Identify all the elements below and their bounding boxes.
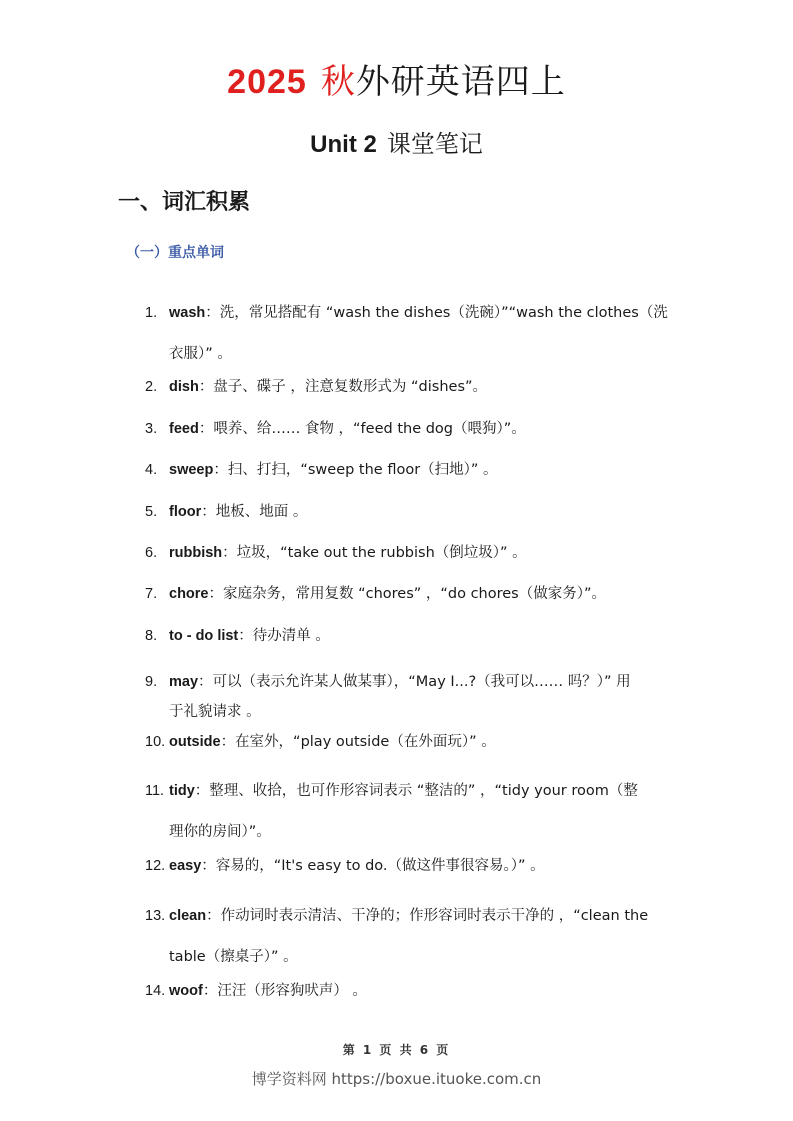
item-number: 6. (145, 542, 169, 564)
vocab-word: tidy (169, 783, 195, 799)
document-title: 2025秋外研英语四上 (0, 62, 793, 102)
vocab-definition: ：地板、地面 。 (201, 504, 307, 520)
item-number: 1. (145, 293, 169, 334)
vocab-item: 12.easy：容易的，“It's easy to do.（做这件事很容易。）”… (145, 855, 680, 877)
title-rest: 外研英语四上 (356, 62, 566, 102)
vocab-item: 10.outside：在室外，“play outside（在外面玩）” 。 (145, 731, 680, 753)
vocab-word: clean (169, 908, 206, 924)
vocab-item: 8.to - do list：待办清单 。 (145, 625, 680, 647)
vocab-word: sweep (169, 462, 213, 478)
vocab-item: 4.sweep：扫、打扫，“sweep the floor（扫地）” 。 (145, 459, 680, 481)
item-number: 7. (145, 583, 169, 605)
vocab-item: 2.dish：盘子、碟子 ，注意复数形式为 “dishes”。 (145, 376, 680, 398)
document-subtitle: Unit 2课堂笔记 (0, 128, 793, 161)
vocab-definition: ：垃圾，“take out the rubbish（倒垃圾）” 。 (222, 545, 526, 561)
vocab-word: wash (169, 305, 205, 321)
title-year: 2025 (227, 63, 307, 101)
vocab-definition-continued: 理你的房间）”。 (145, 812, 680, 853)
item-number: 4. (145, 459, 169, 481)
item-number: 12. (145, 855, 169, 877)
vocab-item: 7.chore：家庭杂务，常用复数 “chores” ，“do chores（做… (145, 583, 680, 605)
vocab-definition: ：盘子、碟子 ，注意复数形式为 “dishes”。 (199, 379, 487, 395)
vocab-word: rubbish (169, 545, 222, 561)
vocab-word: dish (169, 379, 199, 395)
item-number: 11. (145, 771, 169, 812)
vocab-item: 3.feed：喂养、给…… 食物 ，“feed the dog（喂狗）”。 (145, 418, 680, 440)
vocab-item: 5.floor：地板、地面 。 (145, 501, 680, 523)
item-number: 14. (145, 980, 169, 1002)
vocab-definition: ：汪汪（形容狗吠声） 。 (203, 983, 367, 999)
vocab-definition: ：洗，常见搭配有 “wash the dishes（洗碗）”“wash the … (205, 305, 668, 321)
item-number: 8. (145, 625, 169, 647)
section-heading: 一、词汇积累 (118, 188, 250, 218)
vocab-word: chore (169, 586, 209, 602)
item-number: 10. (145, 731, 169, 753)
vocab-definition-continued: 衣服）” 。 (145, 334, 680, 375)
section-subheading: （一）重点单词 (126, 242, 224, 264)
vocab-definition-continued: 于礼貌请求 。 (145, 697, 680, 727)
item-number: 9. (145, 667, 169, 697)
vocab-item: 13.clean：作动词时表示清洁、干净的；作形容词时表示干净的 ，“clean… (145, 896, 680, 978)
vocab-word: floor (169, 504, 201, 520)
vocab-word: may (169, 674, 198, 690)
vocab-definition: ：作动词时表示清洁、干净的；作形容词时表示干净的 ，“clean the (206, 908, 648, 924)
vocab-definition: ：在室外，“play outside（在外面玩）” 。 (221, 734, 496, 750)
vocab-definition: ：喂养、给…… 食物 ，“feed the dog（喂狗）”。 (199, 421, 526, 437)
vocab-definition: ：扫、打扫，“sweep the floor（扫地）” 。 (213, 462, 497, 478)
item-number: 3. (145, 418, 169, 440)
vocab-definition-continued: table（擦桌子）” 。 (145, 937, 680, 978)
site-watermark: 博学资料网 https://boxue.ituoke.com.cn (0, 1068, 793, 1089)
vocab-item: 1.wash：洗，常见搭配有 “wash the dishes（洗碗）”“was… (145, 293, 680, 375)
vocab-word: feed (169, 421, 199, 437)
vocab-definition: ：可以（表示允许某人做某事），“May I...?（我可以…… 吗？）” 用 (198, 674, 631, 690)
item-number: 13. (145, 896, 169, 937)
vocab-item: 11.tidy：整理、收拾，也可作形容词表示 “整洁的” ，“tidy your… (145, 771, 680, 853)
vocab-definition: ：整理、收拾，也可作形容词表示 “整洁的” ，“tidy your room（整 (195, 783, 638, 799)
page-indicator: 第 1 页 共 6 页 (0, 1041, 793, 1058)
vocab-word: to - do list (169, 628, 238, 644)
vocab-word: woof (169, 983, 203, 999)
vocab-item: 6.rubbish：垃圾，“take out the rubbish（倒垃圾）”… (145, 542, 680, 564)
vocab-item: 14.woof：汪汪（形容狗吠声） 。 (145, 980, 680, 1002)
subtitle-unit: Unit 2 (310, 131, 377, 158)
title-season: 秋 (321, 62, 356, 102)
vocab-word: outside (169, 734, 221, 750)
vocab-definition: ：家庭杂务，常用复数 “chores” ，“do chores（做家务）”。 (209, 586, 607, 602)
vocab-definition: ：待办清单 。 (238, 628, 330, 644)
vocab-word: easy (169, 858, 201, 874)
item-number: 2. (145, 376, 169, 398)
vocab-item: 9.may：可以（表示允许某人做某事），“May I...?（我可以…… 吗？）… (145, 667, 680, 727)
vocab-definition: ：容易的，“It's easy to do.（做这件事很容易。）” 。 (201, 858, 544, 874)
item-number: 5. (145, 501, 169, 523)
subtitle-rest: 课堂笔记 (387, 130, 483, 158)
